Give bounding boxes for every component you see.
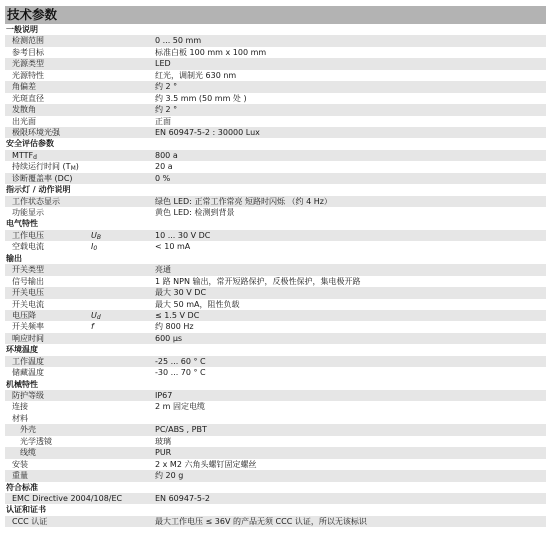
spec-value: 800 a	[155, 150, 178, 161]
spec-label: 光斑直径	[12, 93, 44, 104]
spec-label: 开关电流	[12, 299, 44, 310]
spec-label: CCC 认证	[12, 516, 47, 527]
spec-row: 极限环境光强EN 60947-5-2 : 30000 Lux	[5, 127, 546, 138]
spec-value: 最大 30 V DC	[155, 287, 206, 298]
spec-label: 信号输出	[12, 276, 44, 287]
spec-value: IP67	[155, 390, 172, 401]
spec-label: 外壳	[20, 424, 36, 435]
spec-row: 安装2 x M2 六角头螺钉固定螺丝	[5, 459, 546, 470]
spec-row: 材料	[5, 413, 546, 424]
spec-value: 约 800 Hz	[155, 321, 194, 332]
spec-label: 功能显示	[12, 207, 44, 218]
spec-row: 诊断覆盖率 (DC)0 %	[5, 173, 546, 184]
spec-value: -25 ... 60 ° C	[155, 356, 206, 367]
spec-row: 参考目标标准白板 100 mm x 100 mm	[5, 47, 546, 58]
spec-label: 光学透镜	[20, 436, 52, 447]
spec-row: 光斑直径约 3.5 mm (50 mm 处 )	[5, 93, 546, 104]
spec-label: 发散角	[12, 104, 36, 115]
spec-value: 绿色 LED: 正常工作常亮 短路时闪烁 （约 4 Hz）	[155, 196, 332, 207]
section-header: 电气特性	[5, 218, 546, 229]
spec-row: 空载电流I0< 10 mA	[5, 241, 546, 252]
spec-row: 防护等级IP67	[5, 390, 546, 401]
spec-row: 电压降Ud≤ 1.5 V DC	[5, 310, 546, 321]
spec-value: 10 ... 30 V DC	[155, 230, 210, 241]
spec-value: LED	[155, 58, 171, 69]
spec-label: 开关类型	[12, 264, 44, 275]
spec-label: 工作温度	[12, 356, 44, 367]
section-header: 环境温度	[5, 344, 546, 355]
spec-row: 持续运行时间 (TM)20 a	[5, 161, 546, 172]
spec-label: 电压降	[12, 310, 36, 321]
spec-row: 功能显示黄色 LED: 检测到背景	[5, 207, 546, 218]
spec-value: ≤ 1.5 V DC	[155, 310, 199, 321]
spec-value: 亮通	[155, 264, 171, 275]
spec-value: 约 20 g	[155, 470, 183, 481]
spec-label: 线缆	[20, 447, 36, 458]
spec-label: 储藏温度	[12, 367, 44, 378]
spec-row: 出光面正面	[5, 116, 546, 127]
spec-value: 2 x M2 六角头螺钉固定螺丝	[155, 459, 256, 470]
spec-value: 标准白板 100 mm x 100 mm	[155, 47, 266, 58]
spec-label: 工作状态显示	[12, 196, 60, 207]
spec-value: 最大工作电压 ≤ 36V 的产品无须 CCC 认证，所以无该标识	[155, 516, 367, 527]
spec-row: 开关电流最大 50 mA，阻性负载	[5, 299, 546, 310]
spec-label: 材料	[12, 413, 28, 424]
spec-value: 玻璃	[155, 436, 171, 447]
spec-value: 正面	[155, 116, 171, 127]
spec-row: 发散角约 2 °	[5, 104, 546, 115]
spec-value: 20 a	[155, 161, 173, 172]
spec-label: 参考目标	[12, 47, 44, 58]
spec-row: 工作温度-25 ... 60 ° C	[5, 356, 546, 367]
spec-label: 光源类型	[12, 58, 44, 69]
spec-value: < 10 mA	[155, 241, 190, 252]
spec-row: 光源特性红光，调制光 630 nm	[5, 70, 546, 81]
spec-value: 1 路 NPN 输出，常开短路保护，反极性保护，集电极开路	[155, 276, 361, 287]
spec-value: 0 ... 50 mm	[155, 35, 201, 46]
section-header: 符合标准	[5, 482, 546, 493]
spec-label: 诊断覆盖率 (DC)	[12, 173, 73, 184]
spec-table: 一般说明检测范围0 ... 50 mm参考目标标准白板 100 mm x 100…	[5, 24, 546, 527]
spec-row: 连接2 m 固定电缆	[5, 401, 546, 412]
spec-label: 开关频率	[12, 321, 44, 332]
spec-value: 黄色 LED: 检测到背景	[155, 207, 234, 218]
section-header: 指示灯 / 动作说明	[5, 184, 546, 195]
spec-row: EMC Directive 2004/108/ECEN 60947-5-2	[5, 493, 546, 504]
spec-label: 连接	[12, 401, 28, 412]
spec-value: PUR	[155, 447, 171, 458]
spec-label: EMC Directive 2004/108/EC	[12, 493, 122, 504]
spec-label: 角偏差	[12, 81, 36, 92]
spec-label: 工作电压	[12, 230, 44, 241]
spec-row: 开关电压最大 30 V DC	[5, 287, 546, 298]
spec-value: EN 60947-5-2 : 30000 Lux	[155, 127, 260, 138]
spec-row: 开关类型亮通	[5, 264, 546, 275]
spec-row: 储藏温度-30 ... 70 ° C	[5, 367, 546, 378]
spec-row: 外壳PC/ABS , PBT	[5, 424, 546, 435]
spec-row: 信号输出1 路 NPN 输出，常开短路保护，反极性保护，集电极开路	[5, 276, 546, 287]
spec-row: 工作电压UB10 ... 30 V DC	[5, 230, 546, 241]
spec-title: 技术参数	[5, 6, 546, 24]
spec-row: MTTFd800 a	[5, 150, 546, 161]
section-header: 认证和证书	[5, 504, 546, 515]
section-header: 输出	[5, 253, 546, 264]
spec-label: 检测范围	[12, 35, 44, 46]
section-header: 安全评估参数	[5, 138, 546, 149]
spec-label: 安装	[12, 459, 28, 470]
spec-row: 光源类型LED	[5, 58, 546, 69]
spec-value: EN 60947-5-2	[155, 493, 210, 504]
spec-label: 光源特性	[12, 70, 44, 81]
section-header: 一般说明	[5, 24, 546, 35]
spec-row: 角偏差约 2 °	[5, 81, 546, 92]
spec-label: 空载电流	[12, 241, 44, 252]
spec-value: 2 m 固定电缆	[155, 401, 205, 412]
spec-value: -30 ... 70 ° C	[155, 367, 206, 378]
spec-row: 线缆PUR	[5, 447, 546, 458]
spec-value: 0 %	[155, 173, 170, 184]
spec-label: 防护等级	[12, 390, 44, 401]
spec-label: 出光面	[12, 116, 36, 127]
spec-row: CCC 认证最大工作电压 ≤ 36V 的产品无须 CCC 认证，所以无该标识	[5, 516, 546, 527]
section-header: 机械特性	[5, 379, 546, 390]
spec-value: 约 3.5 mm (50 mm 处 )	[155, 93, 247, 104]
spec-row: 重量约 20 g	[5, 470, 546, 481]
spec-value: 约 2 °	[155, 104, 177, 115]
spec-row: 检测范围0 ... 50 mm	[5, 35, 546, 46]
spec-label: 响应时间	[12, 333, 44, 344]
spec-symbol: f	[91, 321, 94, 332]
spec-label: 极限环境光强	[12, 127, 60, 138]
spec-row: 工作状态显示绿色 LED: 正常工作常亮 短路时闪烁 （约 4 Hz）	[5, 196, 546, 207]
spec-value: PC/ABS , PBT	[155, 424, 207, 435]
spec-value: 红光，调制光 630 nm	[155, 70, 236, 81]
spec-value: 最大 50 mA，阻性负载	[155, 299, 240, 310]
spec-sheet: 技术参数 一般说明检测范围0 ... 50 mm参考目标标准白板 100 mm …	[5, 6, 546, 527]
spec-value: 约 2 °	[155, 81, 177, 92]
spec-label: 开关电压	[12, 287, 44, 298]
spec-row: 开关频率f约 800 Hz	[5, 321, 546, 332]
spec-label: 重量	[12, 470, 28, 481]
spec-value: 600 µs	[155, 333, 182, 344]
spec-row: 光学透镜玻璃	[5, 436, 546, 447]
spec-row: 响应时间600 µs	[5, 333, 546, 344]
